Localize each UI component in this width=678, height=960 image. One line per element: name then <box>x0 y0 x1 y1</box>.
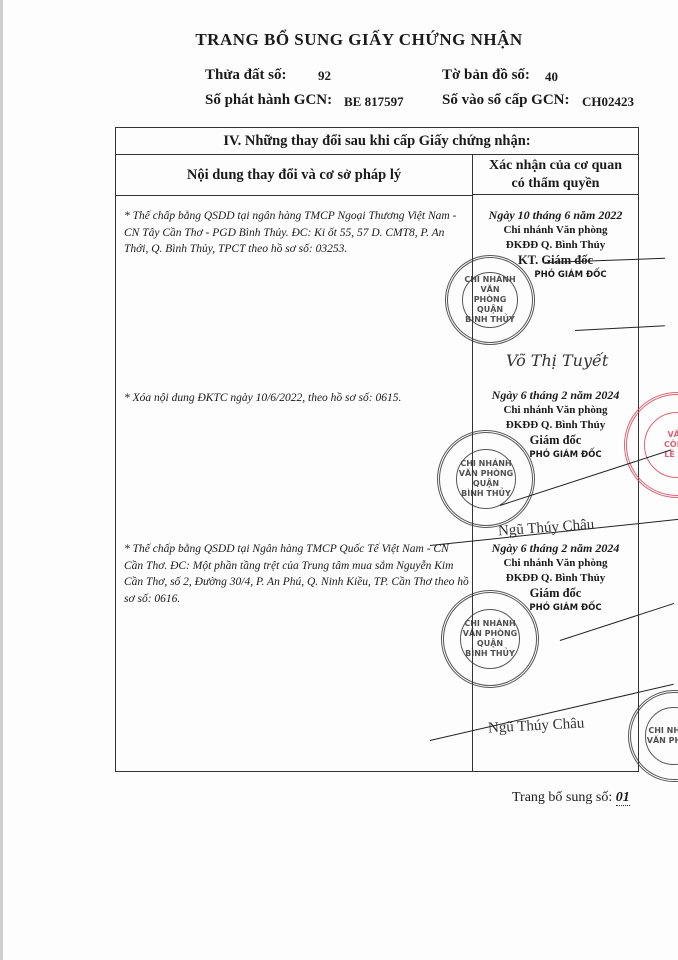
stamp-text: VĂN PHÒNG <box>463 285 517 305</box>
entry-2-office-line1: Chi nhánh Văn phòng <box>474 403 637 418</box>
office-stamp-2: CHI NHÁNH VĂN PHÒNG QUẬN BÌNH THỦY <box>437 430 535 528</box>
stamp-text: VĂN PHÒNG <box>647 736 678 746</box>
entry-3-office-line1: Chi nhánh Văn phòng <box>474 556 637 571</box>
stamp-text: CHI NHÁNH <box>464 619 515 629</box>
scan-edge <box>0 0 3 960</box>
entry-1-date: Ngày 10 tháng 6 năm 2022 <box>474 208 637 223</box>
entry-3-office-line2: ĐKĐĐ Q. Bình Thủy <box>474 571 637 586</box>
office-stamp-1: CHI NHÁNH VĂN PHÒNG QUẬN BÌNH THỦY <box>445 255 535 345</box>
entry-2-content: * Xóa nội dung ĐKTC ngày 10/6/2022, theo… <box>124 390 469 407</box>
stamp-text: BÌNH THỦY <box>461 489 511 499</box>
entry-1-signer: Võ Thị Tuyết <box>506 351 608 370</box>
page-title: TRANG BỔ SUNG GIẤY CHỨNG NHẬN <box>0 30 678 50</box>
entry-1-office-line1: Chi nhánh Văn phòng <box>474 223 637 238</box>
changes-table: IV. Những thay đổi sau khi cấp Giấy chứn… <box>115 127 639 772</box>
entry-3-signer: Ngũ Thúy Châu <box>488 715 585 737</box>
stamp-text: BÌNH THỦY <box>465 315 515 325</box>
entry-3-date: Ngày 6 tháng 2 năm 2024 <box>474 541 637 556</box>
column-header-confirmation: Xác nhận của cơ quan có thẩm quyền <box>473 155 638 195</box>
stamp-text: BÌNH THỦY <box>465 649 515 659</box>
stamp-text: CHI NHÁNH <box>648 726 678 736</box>
stamp-text: CHI NHÁNH <box>464 275 515 285</box>
page-number: Trang bổ sung số: 01 <box>512 790 630 806</box>
stamp-text: CHI NHÁNH <box>460 459 511 469</box>
entry-1-office-line2: ĐKĐĐ Q. Bình Thủy <box>474 238 637 253</box>
stamp-text: QUẬN <box>477 305 503 315</box>
entry-2-date: Ngày 6 tháng 2 năm 2024 <box>474 388 637 403</box>
register-number-value: CH02423 <box>582 94 634 109</box>
register-number-label: Số vào sổ cấp GCN: <box>442 92 570 109</box>
column-header-confirmation-line1: Xác nhận của cơ quan <box>473 157 638 175</box>
entry-1-content: * Thế chấp bằng QSDD tại ngân hàng TMCP … <box>124 208 469 258</box>
parcel-number-label: Thửa đất số: <box>205 67 287 84</box>
parcel-number-value: 92 <box>318 68 331 83</box>
stamp-text: QUẬN <box>473 479 499 489</box>
stamp-text: VĂN <box>667 430 678 440</box>
stamp-text: VĂN PHÒNG <box>463 629 517 639</box>
page-number-label: Trang bổ sung số: <box>512 790 612 805</box>
certificate-issue-label: Số phát hành GCN: <box>205 92 332 109</box>
stamp-text: VĂN PHÒNG <box>459 469 513 479</box>
entry-3-content: * Thế chấp bằng QSDD tại Ngân hàng TMCP … <box>124 541 469 607</box>
column-header-content: Nội dung thay đổi và cơ sở pháp lý <box>116 155 472 196</box>
map-sheet-label: Tờ bản đồ số: <box>442 67 530 84</box>
office-stamp-3: CHI NHÁNH VĂN PHÒNG QUẬN BÌNH THỦY <box>441 590 539 688</box>
page-number-value: 01 <box>616 790 630 806</box>
stamp-text: QUẬN <box>477 639 503 649</box>
section-title: IV. Những thay đổi sau khi cấp Giấy chứn… <box>116 128 638 155</box>
certificate-issue-value: BE 817597 <box>344 94 404 109</box>
column-header-confirmation-line2: có thẩm quyền <box>473 175 638 193</box>
map-sheet-value: 40 <box>545 69 558 84</box>
